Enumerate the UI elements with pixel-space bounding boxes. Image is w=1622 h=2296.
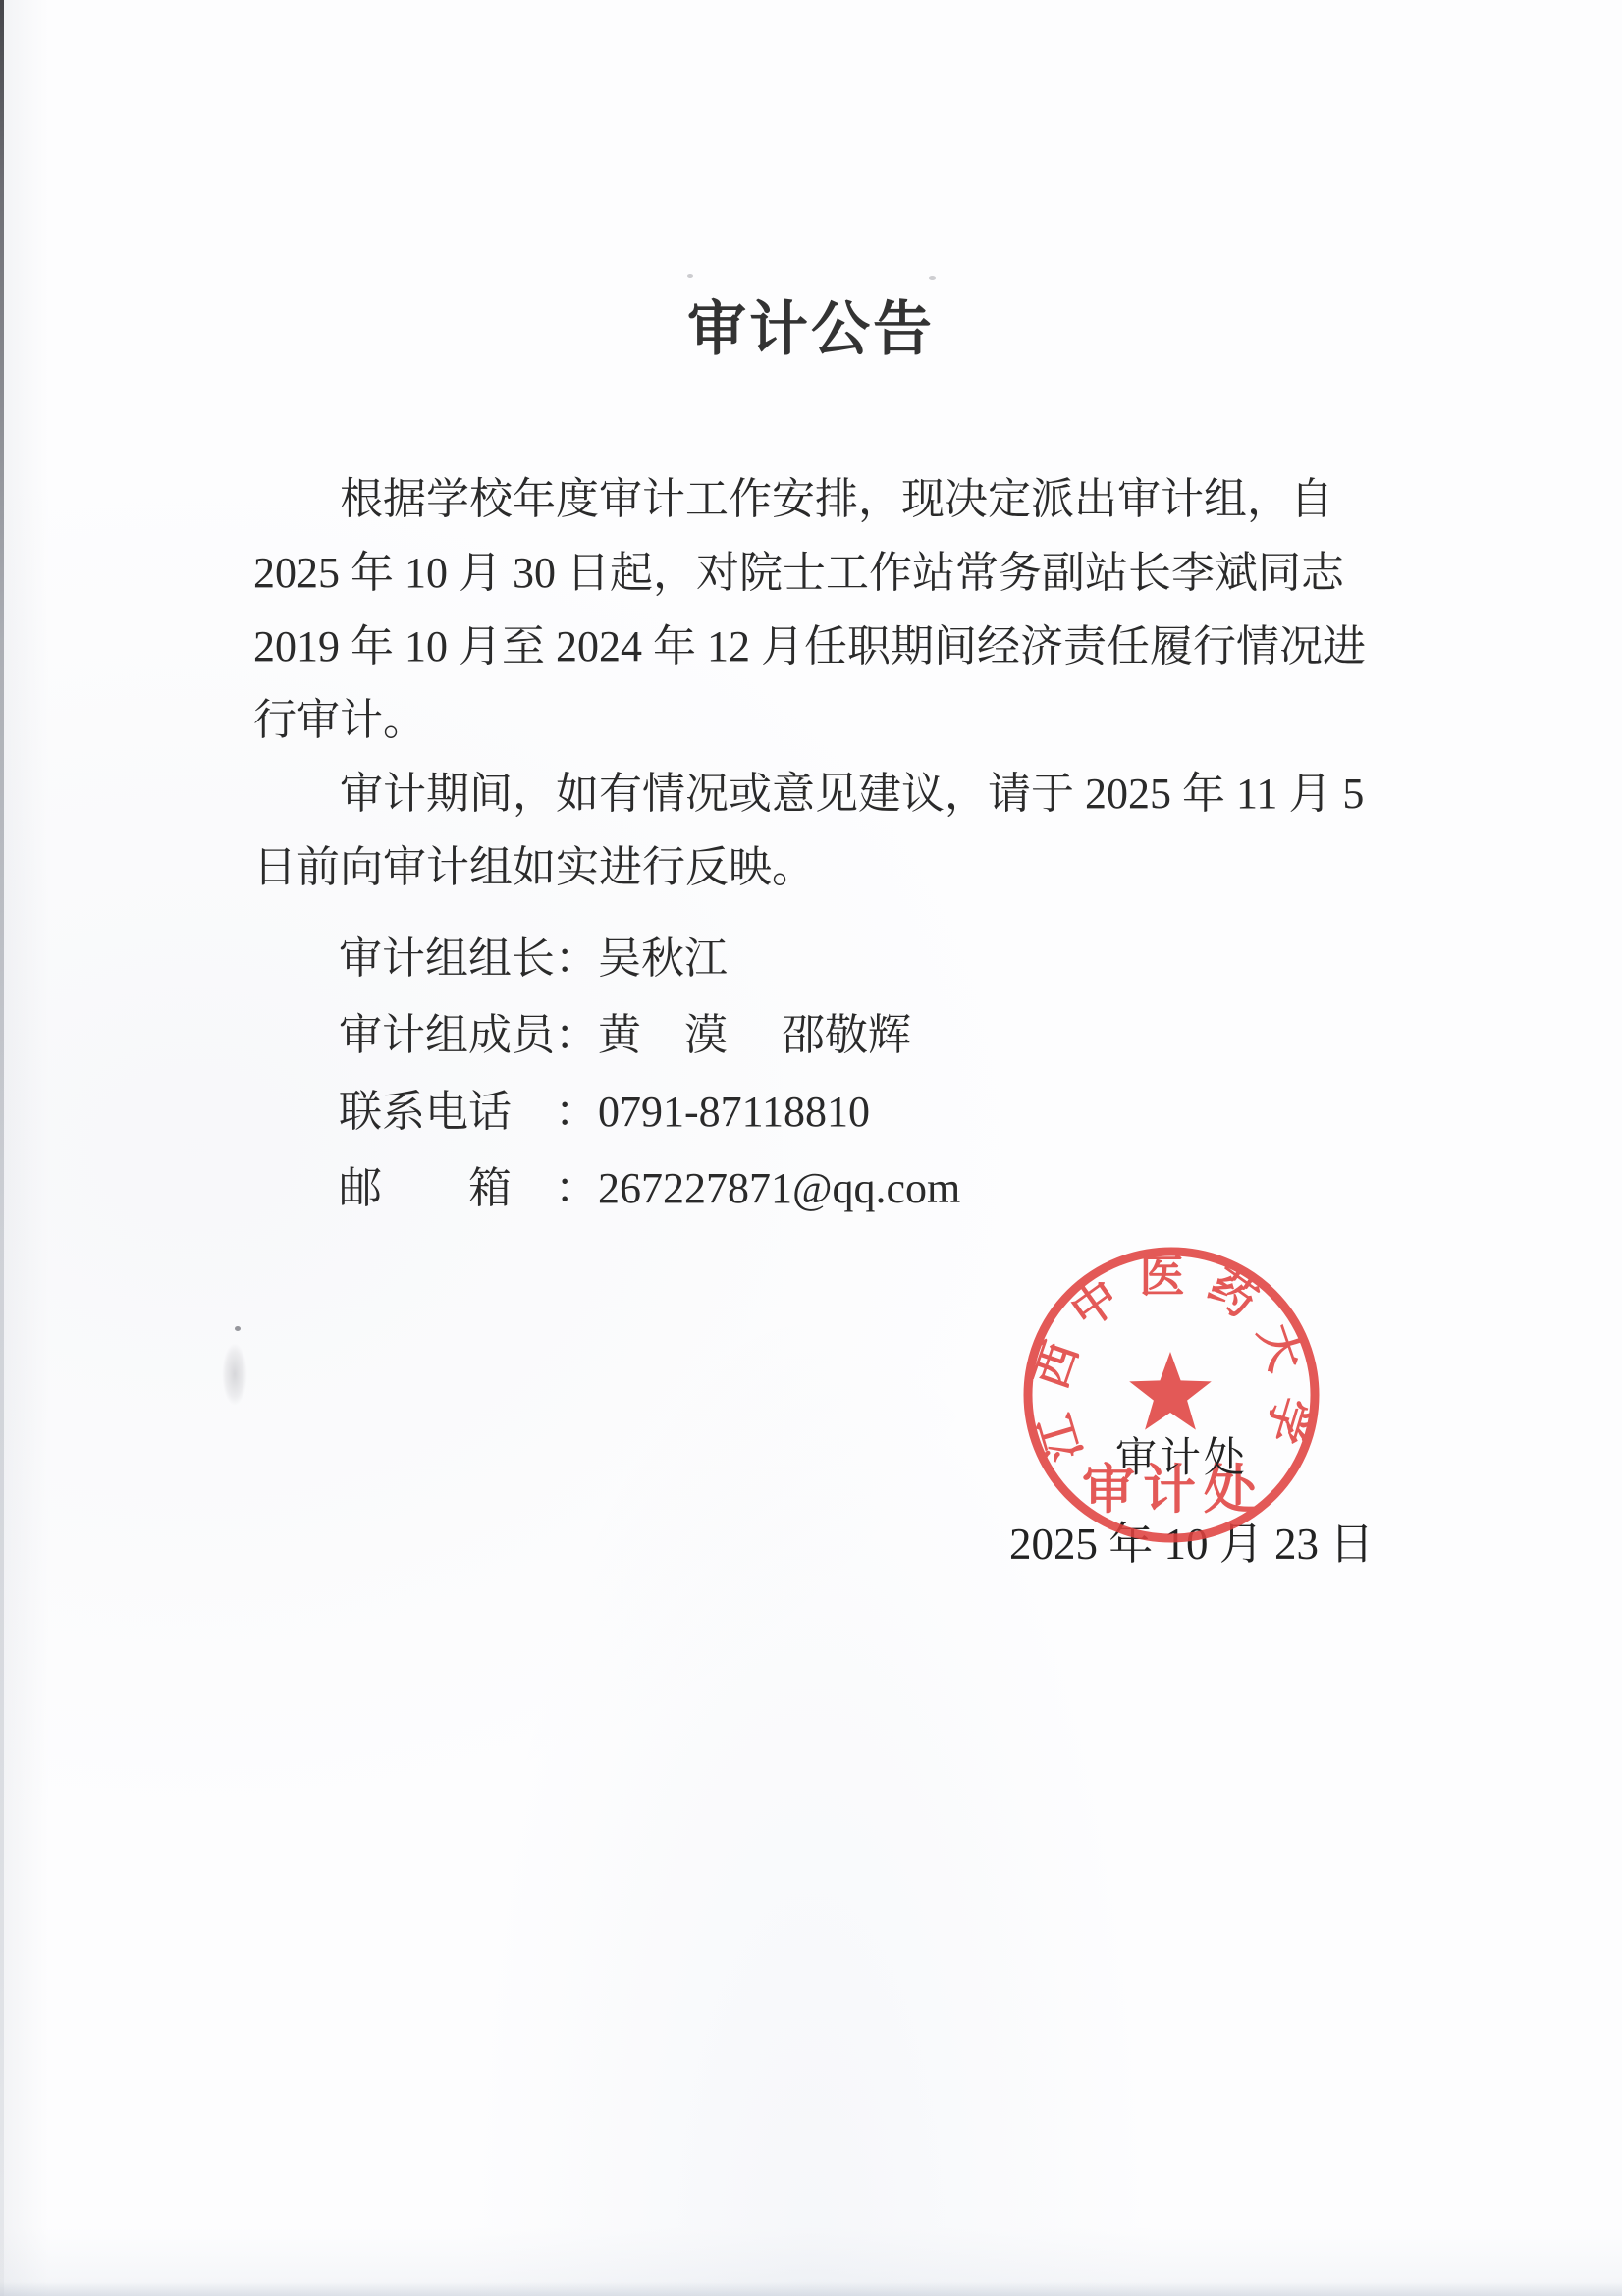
scan-bottom-shadow bbox=[0, 2282, 1622, 2296]
body-line-2: 2025 年 10 月 30 日起，对院士工作站常务副站长李斌同志 bbox=[253, 536, 1422, 610]
contact-info: 审计组组长：吴秋江 审计组成员：黄 漠 邵敬辉 联系电话 ：0791-87118… bbox=[339, 921, 1419, 1227]
body-line-5: 审计期间，如有情况或意见建议，请于 2025 年 11 月 5 bbox=[253, 757, 1422, 830]
audit-members-line: 审计组成员：黄 漠 邵敬辉 bbox=[339, 997, 1419, 1074]
scan-smudge bbox=[218, 1333, 251, 1415]
scan-speck bbox=[929, 276, 936, 280]
scan-speck bbox=[687, 274, 693, 278]
page-title: 审计公告 bbox=[0, 283, 1622, 367]
contact-email-line: 邮 箱 ：267227871@qq.com bbox=[339, 1150, 1419, 1227]
audit-leader-line: 审计组组长：吴秋江 bbox=[339, 921, 1419, 997]
body-line-1: 根据学校年度审计工作安排，现决定派出审计组，自 bbox=[253, 462, 1422, 536]
contact-phone-line: 联系电话 ：0791-87118810 bbox=[339, 1074, 1419, 1150]
official-seal-stamp: 江西中医药大学 审计处 bbox=[1021, 1245, 1322, 1545]
signature-department: 审计处 bbox=[1115, 1425, 1248, 1484]
announcement-body: 根据学校年度审计工作安排，现决定派出审计组，自 2025 年 10 月 30 日… bbox=[253, 462, 1422, 904]
star-icon bbox=[1129, 1352, 1212, 1430]
body-line-3: 2019 年 10 月至 2024 年 12 月任职期间经济责任履行情况进 bbox=[253, 610, 1422, 683]
scan-speck bbox=[235, 1326, 241, 1331]
body-line-4: 行审计。 bbox=[253, 683, 1422, 757]
body-line-6: 日前向审计组如实进行反映。 bbox=[253, 830, 1422, 904]
